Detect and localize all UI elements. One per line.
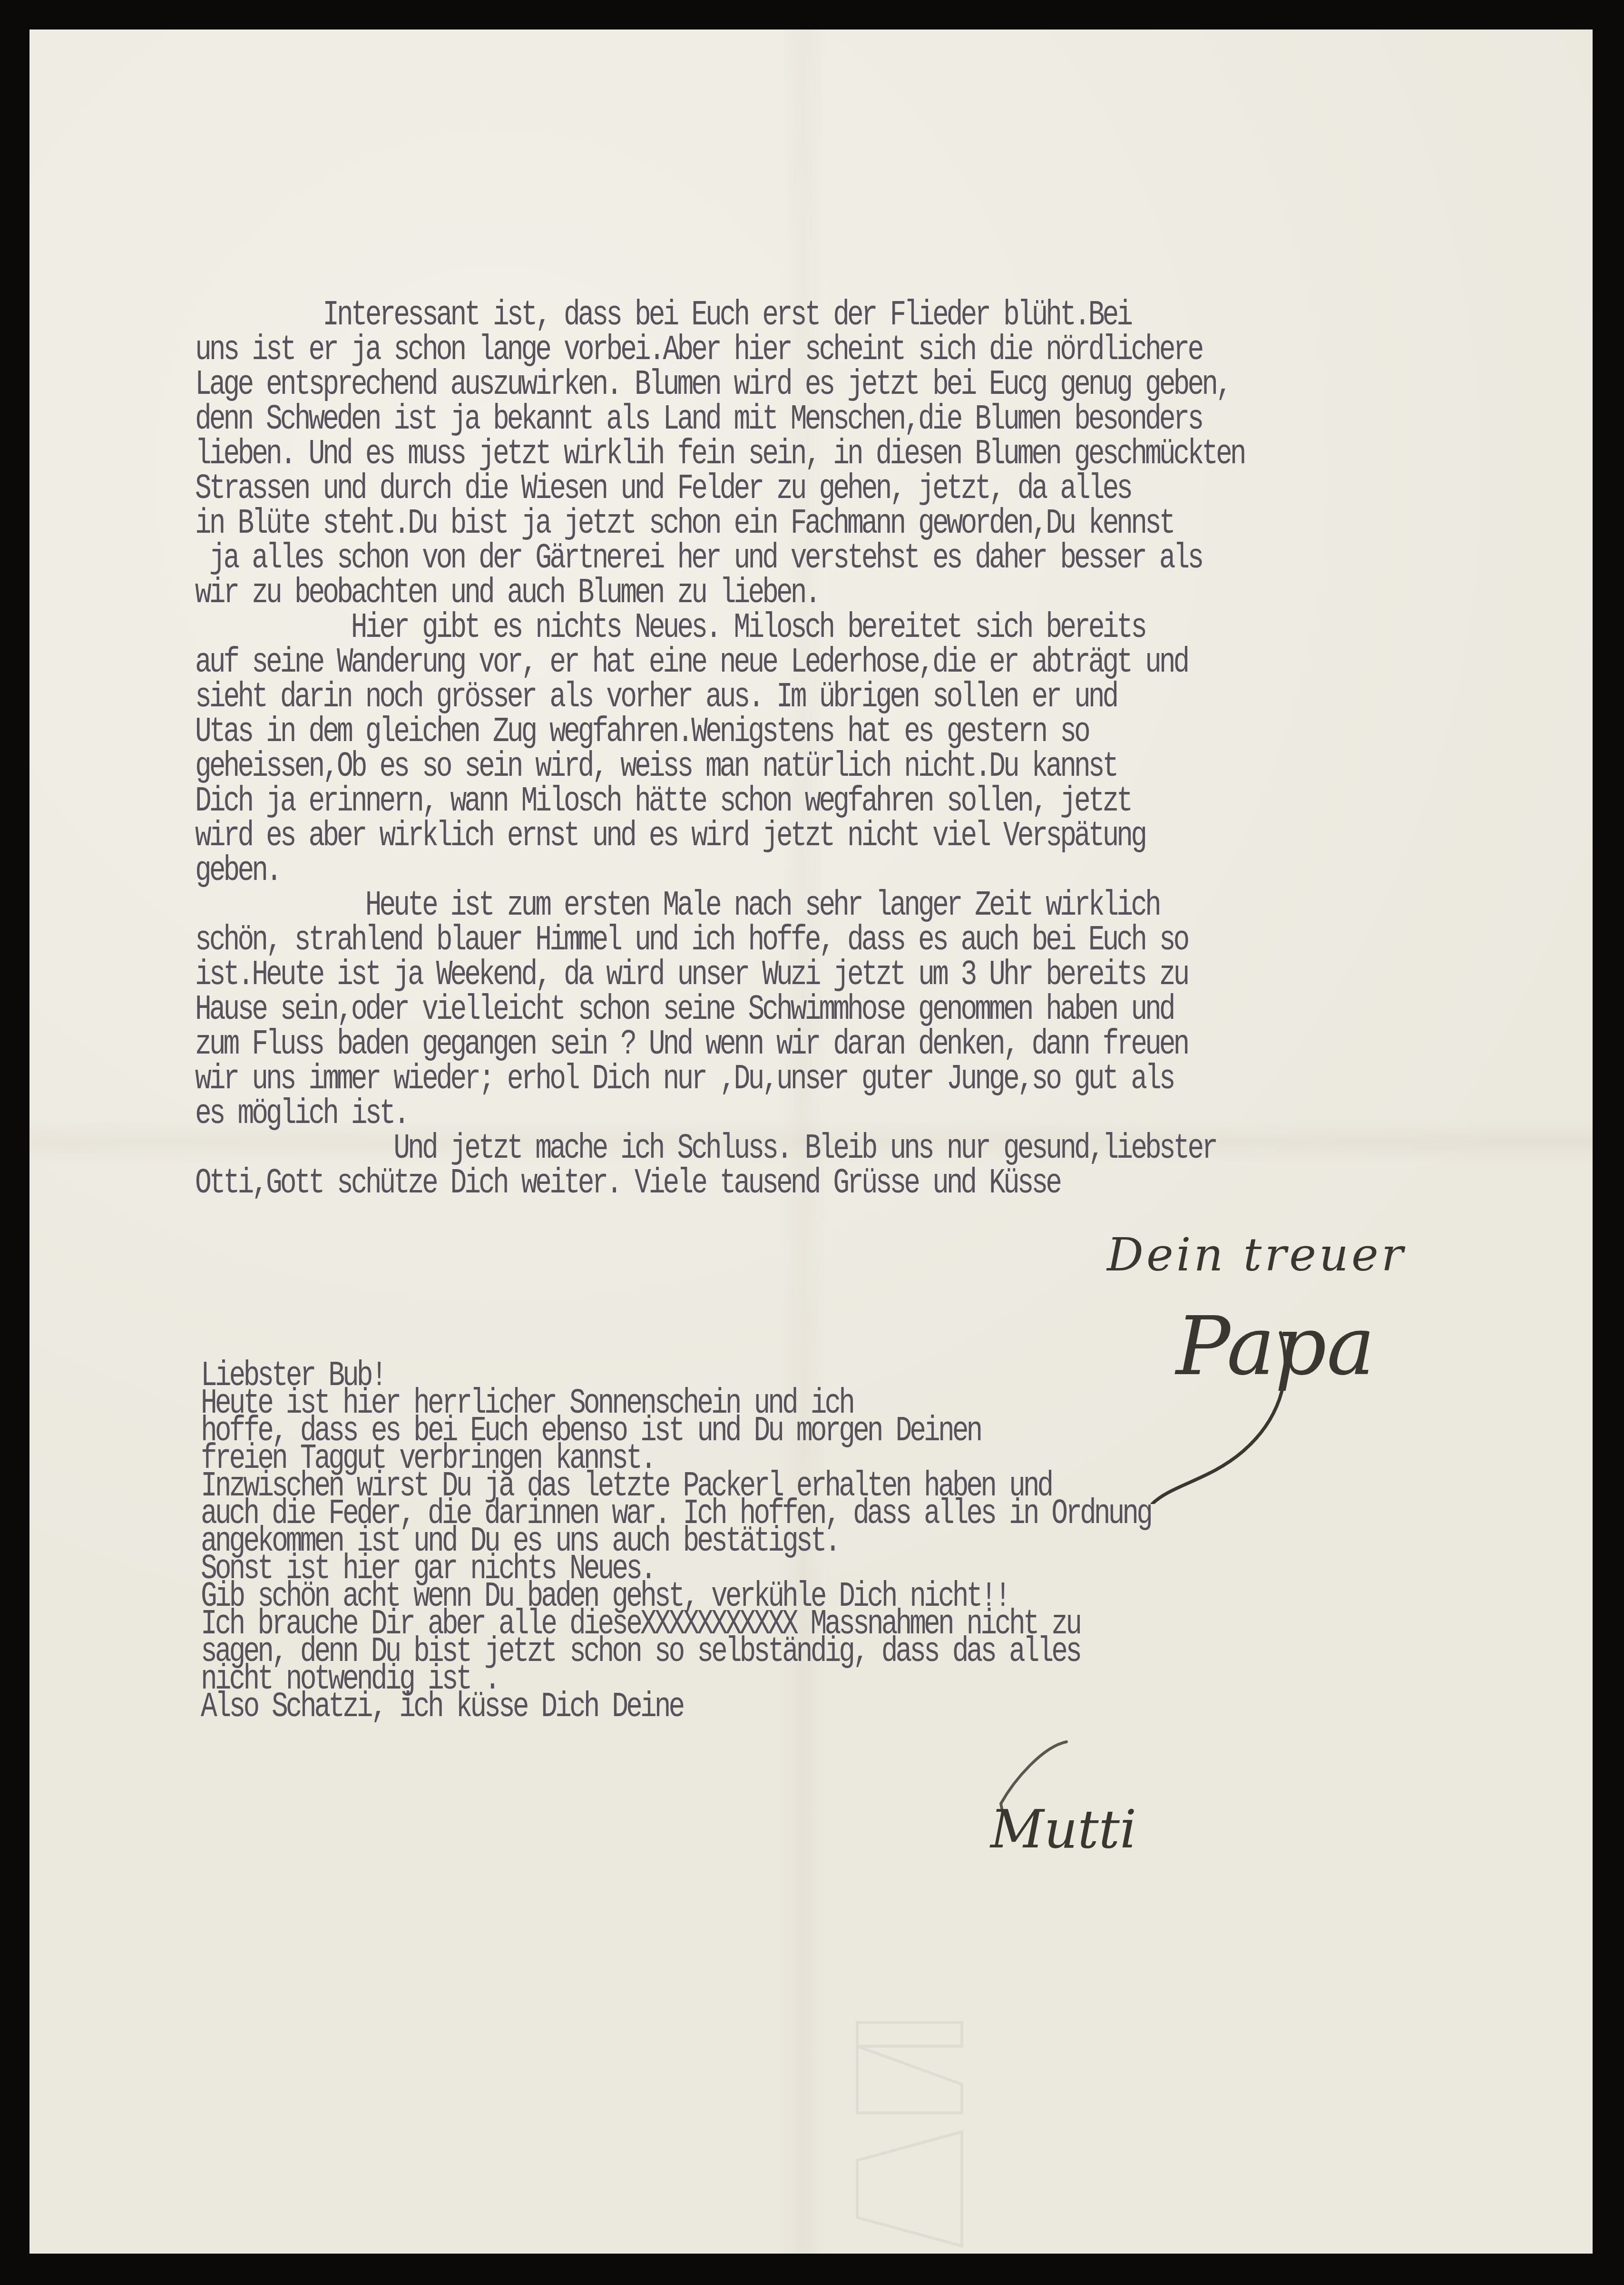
- bleed-through-watermark: [848, 2018, 971, 2265]
- letter-paper: Interessant ist, dass bei Euch erst der …: [29, 29, 1593, 2254]
- text-line: wird es aber wirklich ernst und es wird …: [195, 817, 1145, 861]
- text-line: Otti,Gott schütze Dich weiter. Viele tau…: [195, 1164, 1060, 1208]
- text-line: Also Schatzi, ich küsse Dich Deine: [201, 1688, 683, 1723]
- handwritten-signature-mutti: Mutti: [990, 1799, 1136, 1860]
- handwritten-signature-papa: Papa: [1176, 1299, 1375, 1394]
- handwritten-closing: Dein treuer: [1107, 1228, 1406, 1281]
